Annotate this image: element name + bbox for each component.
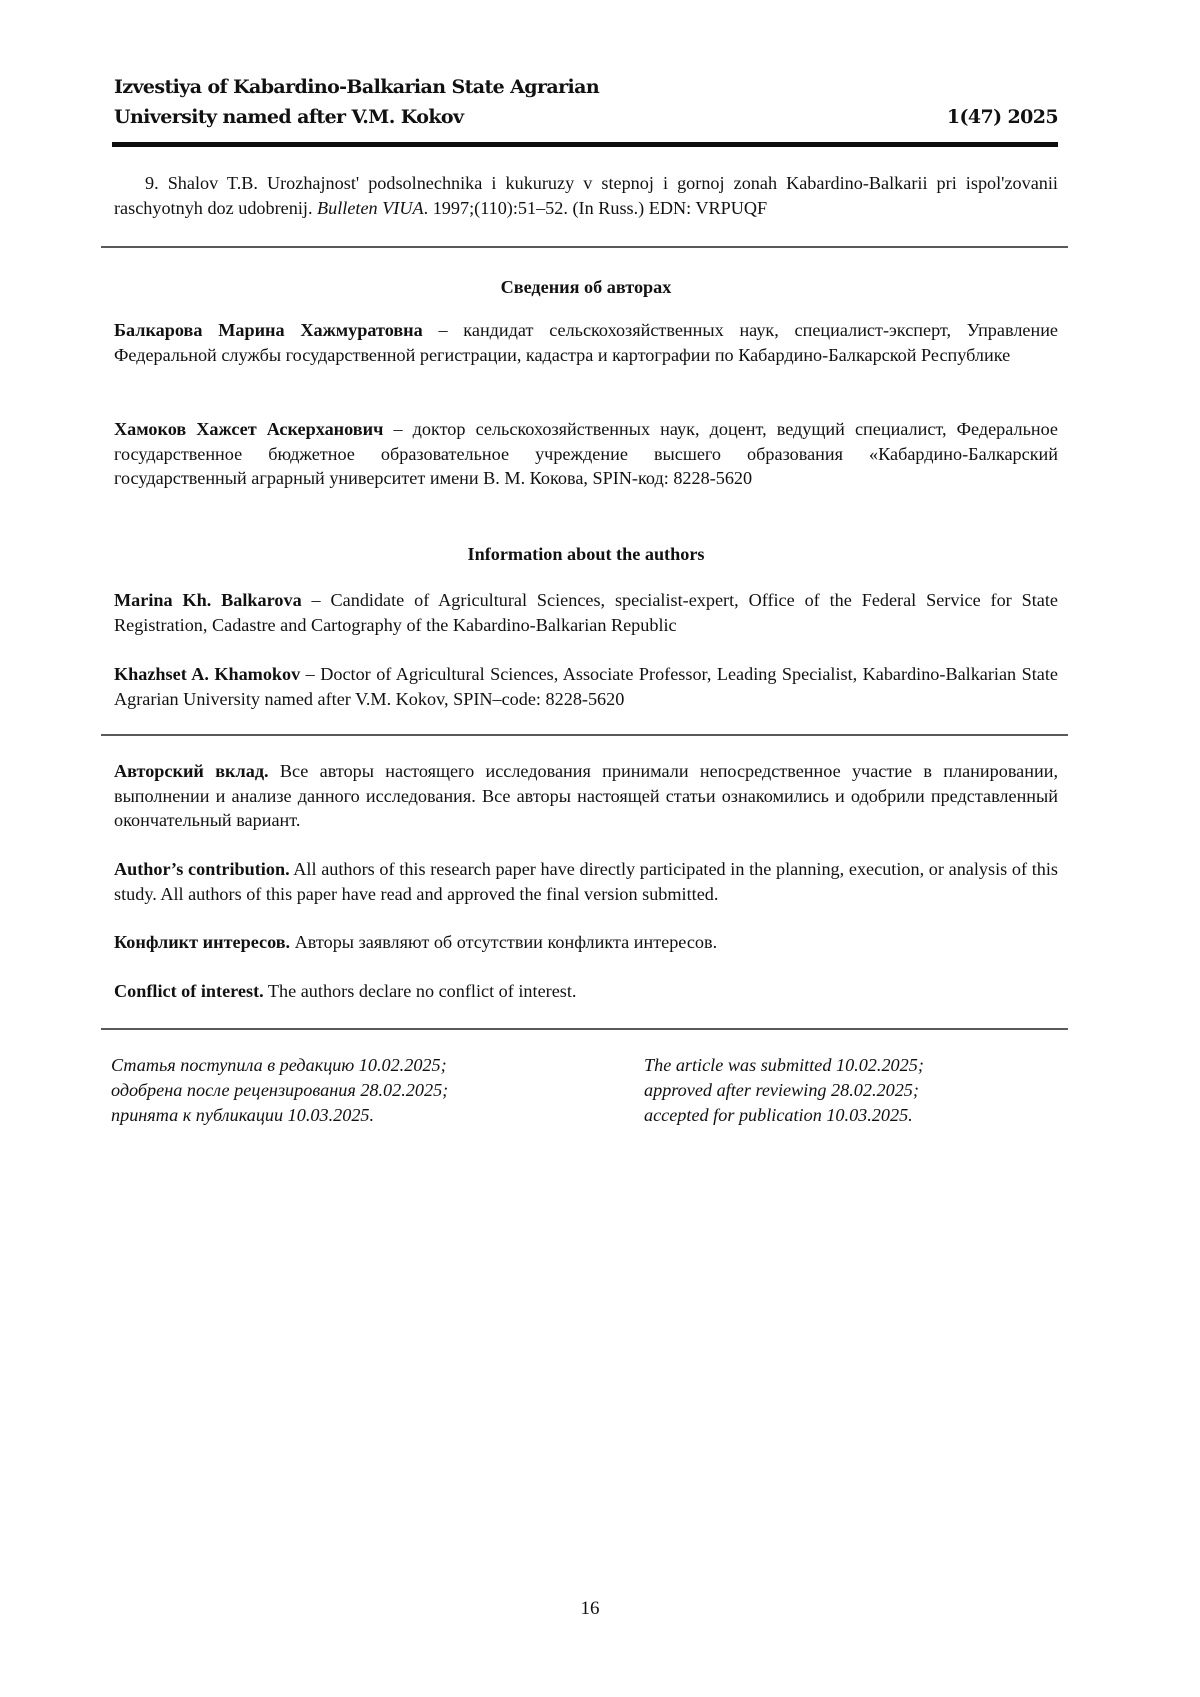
author-name: Marina Kh. Balkarova (114, 590, 302, 610)
reference-journal: Bulleten VIUA (317, 198, 424, 218)
conflict-label: Конфликт интересов. (114, 932, 290, 952)
date-accepted: принята к публикации 10.03.2025. (111, 1103, 581, 1128)
issue-number: 1(47) 2025 (947, 102, 1058, 132)
running-header: Izvestiya of Kabardino-Balkarian State A… (114, 72, 1058, 132)
conflict-text: The authors declare no conflict of inter… (264, 981, 577, 1001)
article-dates-en: The article was submitted 10.02.2025; ap… (644, 1053, 1064, 1128)
contribution-label: Author’s contribution. (114, 859, 290, 879)
contribution-en: Author’s contribution. All authors of th… (114, 857, 1058, 906)
article-dates-ru: Статья поступила в редакцию 10.02.2025; … (111, 1053, 581, 1128)
date-approved: approved after reviewing 28.02.2025; (644, 1078, 1064, 1103)
section-divider (101, 1028, 1068, 1030)
reference-details: . 1997;(110):51–52. (In Russ.) EDN: VRPU… (424, 198, 768, 218)
author-name: Балкарова Марина Хажмуратовна (114, 320, 423, 340)
header-rule (112, 142, 1058, 147)
date-submitted: Статья поступила в редакцию 10.02.2025; (111, 1053, 581, 1078)
authors-heading-ru: Сведения об авторах (114, 275, 1058, 299)
author-info-en: Khazhset A. Khamokov – Doctor of Agricul… (114, 662, 1058, 711)
section-divider (101, 246, 1068, 248)
document-page: Izvestiya of Kabardino-Balkarian State A… (0, 0, 1200, 1697)
contribution-label: Авторский вклад. (114, 761, 269, 781)
author-name: Khazhset A. Khamokov (114, 664, 300, 684)
author-name: Хамоков Хажсет Аскерханович (114, 419, 383, 439)
conflict-label: Conflict of interest. (114, 981, 264, 1001)
journal-title-line2: University named after V.M. Kokov (114, 102, 463, 132)
conflict-text: Авторы заявляют об отсутствии конфликта … (290, 932, 717, 952)
journal-title-line1: Izvestiya of Kabardino-Balkarian State A… (114, 72, 1058, 102)
journal-title-row: University named after V.M. Kokov 1(47) … (114, 102, 1058, 132)
conflict-ru: Конфликт интересов. Авторы заявляют об о… (114, 930, 1058, 955)
reference-item: 9. Shalov T.B. Urozhajnost' podsolnechni… (114, 171, 1058, 220)
conflict-en: Conflict of interest. The authors declar… (114, 979, 1058, 1004)
author-info-en: Marina Kh. Balkarova – Candidate of Agri… (114, 588, 1058, 637)
contribution-ru: Авторский вклад. Все авторы настоящего и… (114, 759, 1058, 833)
date-submitted: The article was submitted 10.02.2025; (644, 1053, 1064, 1078)
authors-heading-en: Information about the authors (114, 542, 1058, 566)
author-info-ru: Балкарова Марина Хажмуратовна – кандидат… (114, 318, 1058, 367)
author-info-ru: Хамоков Хажсет Аскерханович – доктор сел… (114, 417, 1058, 491)
section-divider (101, 734, 1068, 736)
date-accepted: accepted for publication 10.03.2025. (644, 1103, 1064, 1128)
date-approved: одобрена после рецензирования 28.02.2025… (111, 1078, 581, 1103)
page-number: 16 (0, 1598, 1180, 1620)
